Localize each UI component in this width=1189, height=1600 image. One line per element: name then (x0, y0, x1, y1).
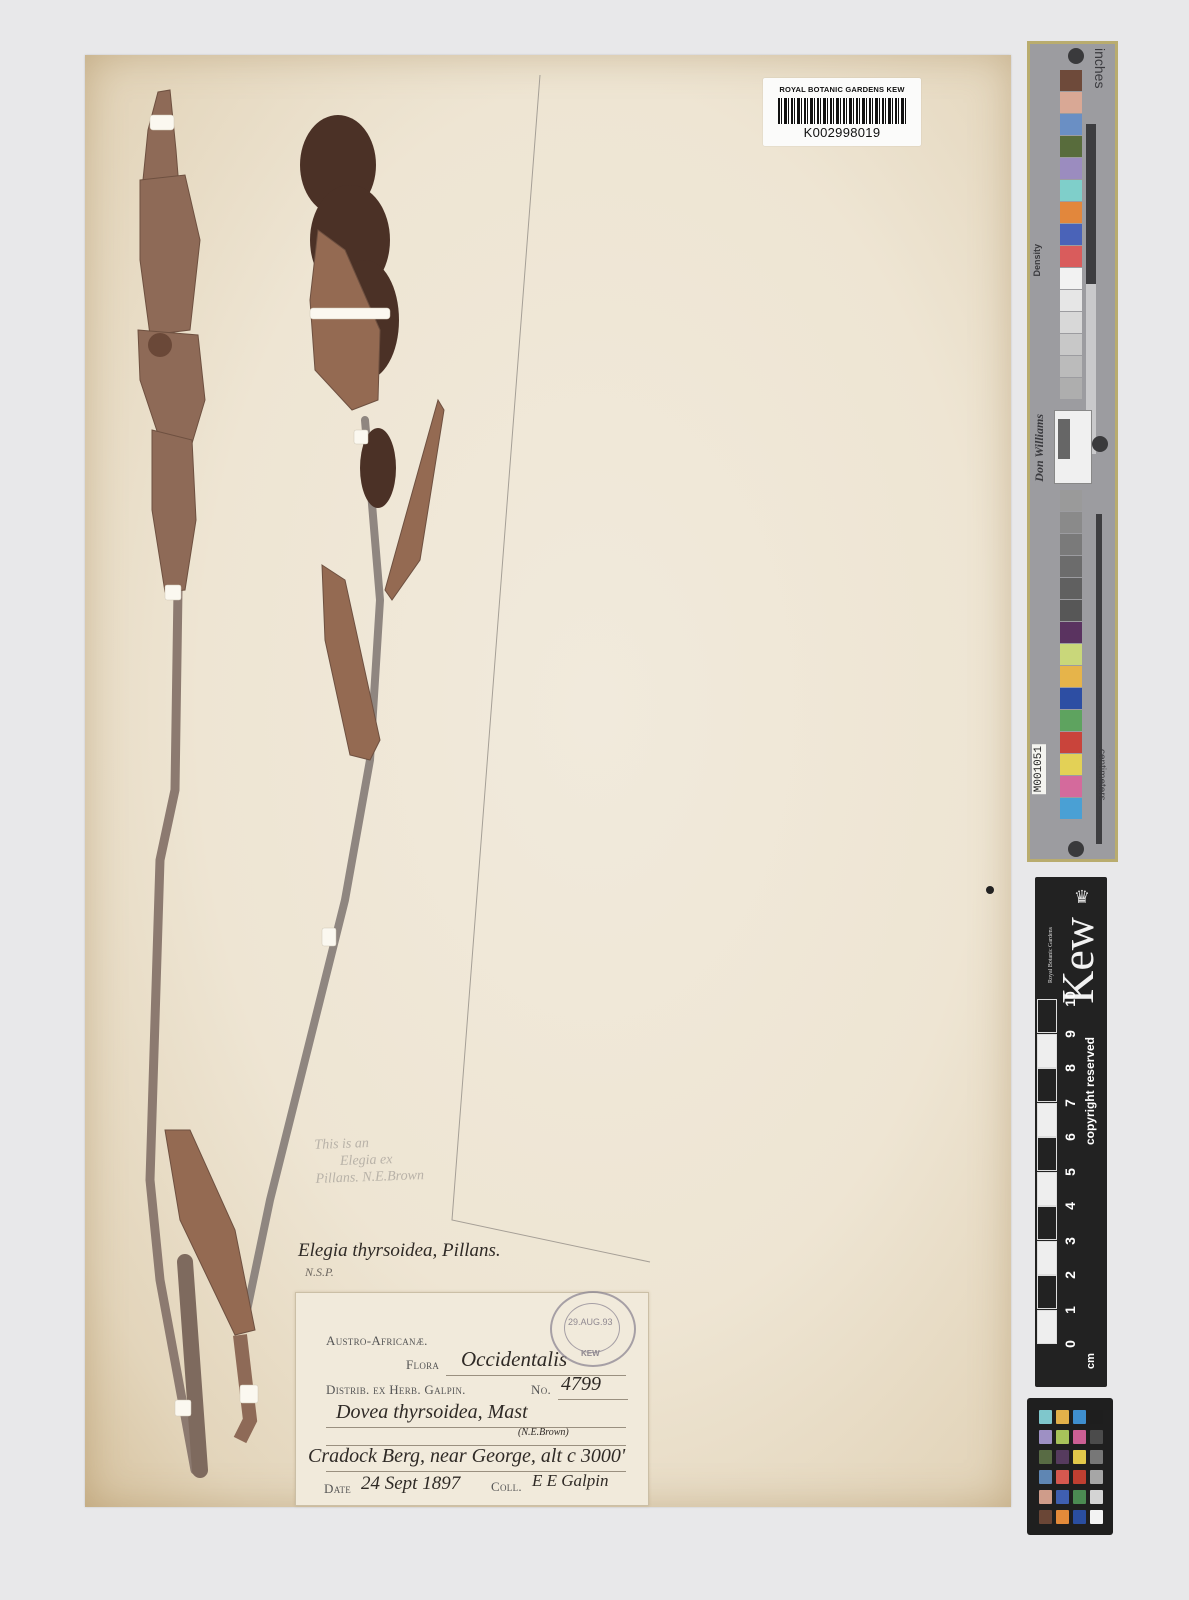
color-swatch (1090, 1470, 1103, 1484)
label-date-prefix: Date (324, 1481, 351, 1497)
label-flora-value: Occidentalis (461, 1347, 567, 1372)
label-number-value: 4799 (561, 1373, 601, 1396)
color-swatch (1073, 1510, 1086, 1524)
scale-tick-label: 6 (1062, 1128, 1078, 1146)
color-patch (1060, 776, 1082, 797)
royal-crest-icon: ♛ (1065, 885, 1099, 909)
color-patch (1060, 600, 1082, 621)
left-flower-cluster (148, 333, 172, 357)
ruler-hole-3 (1068, 841, 1084, 857)
color-swatch (1056, 1410, 1069, 1424)
color-swatch (1073, 1470, 1086, 1484)
label-coll-prefix: Coll. (491, 1479, 522, 1495)
label-flora: Flora (406, 1357, 439, 1373)
scale-cell (1037, 999, 1057, 1033)
color-swatch (1056, 1510, 1069, 1524)
color-patch (1060, 92, 1082, 113)
kew-received-stamp: 29.AUG.93 KEW (550, 1291, 636, 1367)
color-patch (1060, 556, 1082, 577)
ruler-id: M001051 (1032, 744, 1046, 794)
color-patch (1060, 798, 1082, 819)
color-patch (1060, 710, 1082, 731)
label-taxon: Dovea thyrsoidea, Mast (336, 1401, 528, 1424)
density-label: Density (1032, 244, 1042, 277)
color-swatch (1090, 1410, 1103, 1424)
color-swatch (1090, 1510, 1103, 1524)
ink-spot (986, 886, 994, 894)
kew-scale-bar: ♛ Kew Royal Botanic Gardens 109876543210… (1035, 877, 1107, 1387)
color-swatch (1039, 1490, 1052, 1504)
label-number-prefix: No. (531, 1382, 551, 1398)
color-patch (1060, 732, 1082, 753)
color-patch (1060, 158, 1082, 179)
color-patch (1060, 70, 1082, 91)
label-taxon-authority: (N.E.Brown) (518, 1427, 569, 1438)
color-swatch (1090, 1490, 1103, 1504)
stamp-text: KEW (581, 1349, 600, 1358)
color-patch (1060, 688, 1082, 709)
color-patch (1060, 622, 1082, 643)
scale-cell (1037, 1103, 1057, 1137)
color-swatch (1039, 1410, 1052, 1424)
scale-cell (1037, 1241, 1057, 1275)
determination: Elegia thyrsoidea, Pillans. (298, 1240, 501, 1262)
color-swatch (1073, 1490, 1086, 1504)
color-swatch (1090, 1450, 1103, 1464)
scale-cell (1037, 1275, 1057, 1309)
scale-cell (1037, 1068, 1057, 1102)
label-collector: E E Galpin (532, 1471, 609, 1491)
label-locality: Cradock Berg, near George, alt c 3000' (308, 1445, 625, 1468)
color-patch (1060, 180, 1082, 201)
copyright-text: copyright reserved (1083, 1037, 1097, 1145)
pencil-annotation: This is an Elegia ex Pillans. N.E.Brown (314, 1133, 424, 1188)
color-patch (1060, 644, 1082, 665)
color-swatch (1056, 1430, 1069, 1444)
color-patch (1060, 490, 1082, 511)
determiner-initials: N.S.P. (305, 1265, 334, 1280)
scale-cell (1037, 1310, 1057, 1344)
color-patch (1060, 136, 1082, 157)
color-swatch (1039, 1430, 1052, 1444)
cm-unit: cm (1085, 1353, 1097, 1369)
scale-tick-label: 9 (1062, 1025, 1078, 1043)
color-swatch (1039, 1470, 1052, 1484)
scale-tick-label: 8 (1062, 1059, 1078, 1077)
color-patch (1060, 290, 1082, 311)
scale-tick-label: 10 (1062, 990, 1078, 1008)
scale-cell (1037, 1137, 1057, 1171)
label-distrib: Distrib. ex Herb. Galpin. (326, 1382, 466, 1398)
color-patch (1060, 378, 1082, 399)
color-patch (1060, 334, 1082, 355)
color-patch (1060, 754, 1082, 775)
color-swatch (1073, 1450, 1086, 1464)
ruler-hole (1068, 48, 1084, 64)
color-patch (1060, 202, 1082, 223)
color-checker-card (1027, 1398, 1113, 1535)
color-patch (1060, 114, 1082, 135)
barcode-bars (778, 98, 906, 124)
ruler-target (1054, 410, 1092, 484)
color-patch (1060, 224, 1082, 245)
scale-tick-label: 7 (1062, 1094, 1078, 1112)
color-patch (1060, 578, 1082, 599)
color-ruler: inches Density Don Williams M001051 cent… (1027, 41, 1118, 862)
barcode-label: ROYAL BOTANIC GARDENS KEW K002998019 (763, 78, 921, 146)
color-patch (1060, 312, 1082, 333)
inch-scale (1086, 124, 1096, 284)
scale-cell (1037, 1034, 1057, 1068)
barcode-number: K002998019 (763, 125, 921, 140)
scale-tick-label: 0 (1062, 1335, 1078, 1353)
color-swatch (1056, 1470, 1069, 1484)
scale-tick-label: 2 (1062, 1266, 1078, 1284)
ruler-unit-bottom: centimeters (1096, 749, 1107, 801)
scale-tick-label: 3 (1062, 1232, 1078, 1250)
color-patch (1060, 666, 1082, 687)
scale-tick-label: 1 (1062, 1301, 1078, 1319)
color-swatch (1039, 1510, 1052, 1524)
pencil-line (452, 75, 650, 1262)
ruler-unit-top: inches (1092, 48, 1108, 88)
color-patch (1060, 246, 1082, 267)
scale-tick-label: 4 (1062, 1197, 1078, 1215)
scale-cell (1037, 1172, 1057, 1206)
color-patch (1060, 534, 1082, 555)
color-swatch (1056, 1490, 1069, 1504)
stamp-date: 29.AUG.93 (568, 1317, 613, 1327)
color-swatch (1073, 1410, 1086, 1424)
color-patch (1060, 268, 1082, 289)
ruler-hole-2 (1092, 436, 1108, 452)
color-patch (1060, 512, 1082, 533)
ruler-brand: Don Williams (1032, 414, 1047, 482)
color-swatch (1073, 1430, 1086, 1444)
color-patch (1060, 356, 1082, 377)
kew-subtitle: Royal Botanic Gardens (1048, 927, 1054, 983)
label-date-value: 24 Sept 1897 (361, 1473, 460, 1495)
color-swatch (1090, 1430, 1103, 1444)
color-swatch (1039, 1450, 1052, 1464)
scale-cell (1037, 1206, 1057, 1240)
color-swatch (1056, 1450, 1069, 1464)
scale-tick-label: 5 (1062, 1163, 1078, 1181)
left-sheaths (138, 90, 205, 592)
institution-name: ROYAL BOTANIC GARDENS KEW (763, 85, 921, 94)
label-region: Austro-Africanæ. (326, 1333, 428, 1349)
